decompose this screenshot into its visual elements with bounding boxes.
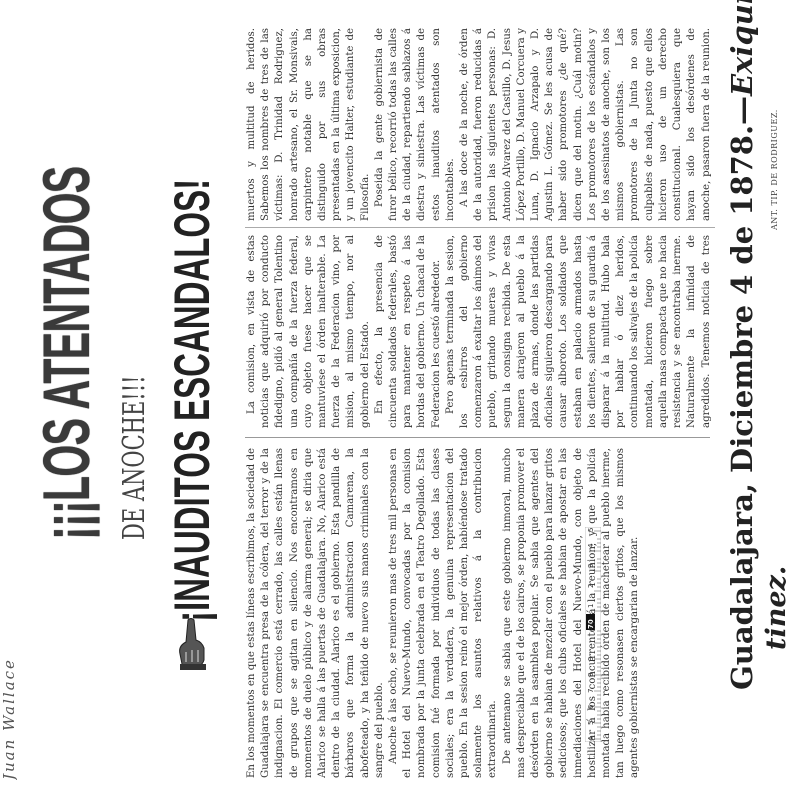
article-column-right: La comision, en vista de estas noticias … bbox=[245, 28, 715, 428]
dateline: Guadalajara, Diciembre 4 de 1878.—Exiqui… bbox=[722, 10, 762, 690]
column-divider bbox=[245, 437, 710, 438]
pointing-hand-icon bbox=[168, 618, 214, 670]
article-column-left: En los momentos en que estas líneas escr… bbox=[245, 448, 715, 778]
dateline-place: Guadalajara, Diciembre 4 de 1878.— bbox=[725, 96, 759, 690]
paragraph: De antemano se sabia que este gobierno i… bbox=[501, 448, 643, 778]
printer-imprint: ANT. TIP. DE RODRIGUEZ. bbox=[768, 50, 782, 230]
paragraph: Poseida la gente gobiernista de furor bé… bbox=[373, 28, 458, 221]
headline-de-anoche: DE ANOCHE!!! bbox=[118, 435, 152, 540]
headline-inauditos-escandalos: ¡INAUDITOS ESCANDALOS! bbox=[166, 279, 218, 622]
headline-los-atentados: ¡¡¡LOS ATENTADOS bbox=[30, 267, 102, 540]
paragraph: En efecto, la presencia de cincuenta sol… bbox=[373, 235, 444, 428]
paragraph: Anoche á las ocho, se reunieron mas de t… bbox=[387, 448, 501, 778]
handwritten-signature: Juan Wallace bbox=[0, 300, 18, 780]
paragraph: En los momentos en que estas líneas escr… bbox=[245, 448, 387, 778]
newspaper-sheet: Juan Wallace 456789 70 1 bbox=[0, 0, 800, 800]
dateline-author: Exiquio Mar- bbox=[725, 0, 759, 96]
dateline-author-continuation: tinez. bbox=[762, 570, 792, 650]
paragraph: La comision, en vista de estas noticias … bbox=[245, 235, 373, 428]
